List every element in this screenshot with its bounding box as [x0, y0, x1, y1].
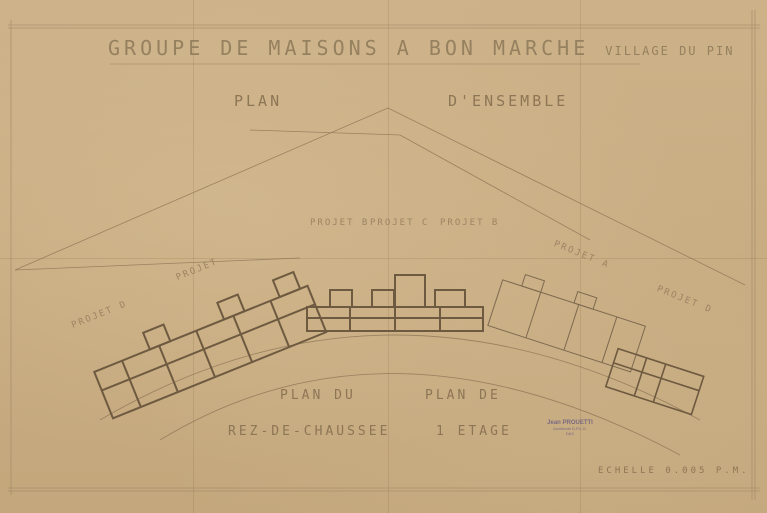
ground-floor-label-1: PLAN DU [280, 388, 356, 403]
subtitle-ensemble: D'ENSEMBLE [448, 92, 568, 110]
project-label-b-right: PROJET B [440, 218, 499, 228]
stamp-city: DAX [540, 431, 600, 436]
title-location: VILLAGE DU PIN [605, 44, 734, 58]
first-floor-label-1: PLAN DE [425, 388, 501, 403]
architect-stamp: Jean PROUETTI Architecte D.P.L.G. DAX [540, 420, 600, 436]
architectural-drawing-sheet: GROUPE DE MAISONS A BON MARCHE VILLAGE D… [0, 0, 767, 513]
project-label-b-left: PROJET B [310, 218, 369, 228]
project-label-c: PROJET C [370, 218, 429, 228]
ground-floor-label-2: REZ-DE-CHAUSSEE [228, 424, 390, 439]
first-floor-label-2: 1 ETAGE [436, 424, 512, 439]
scale-label: ECHELLE 0.005 P.M. [598, 466, 750, 476]
title-main: GROUPE DE MAISONS A BON MARCHE [108, 36, 589, 60]
subtitle-plan: PLAN [234, 92, 282, 110]
drawing-title: GROUPE DE MAISONS A BON MARCHE VILLAGE D… [108, 36, 734, 60]
